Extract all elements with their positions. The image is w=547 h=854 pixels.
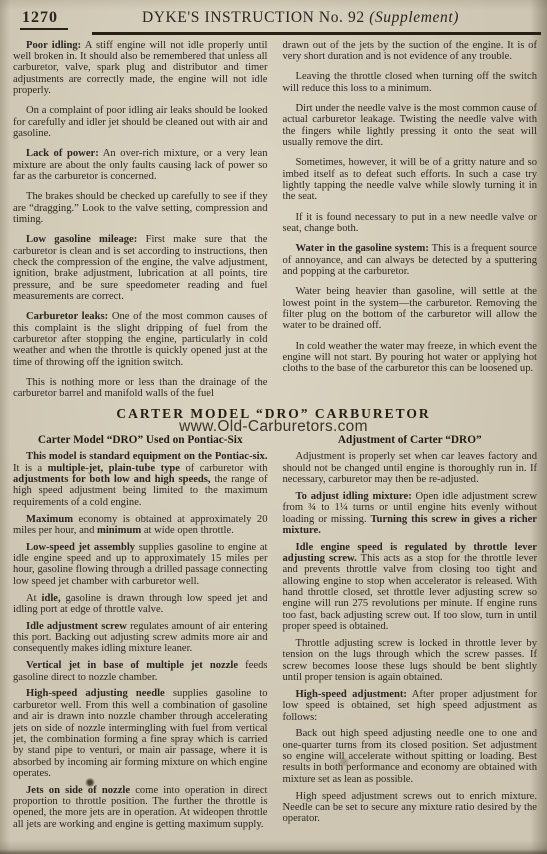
paragraph: Dirt under the needle valve is the most … — [283, 103, 538, 148]
paragraph: To adjust idling mixture: Open idle adju… — [283, 491, 538, 536]
paragraph: High speed adjustment screws out to enri… — [283, 791, 538, 825]
page-header: 1270 DYKE'S INSTRUCTION No. 92 (Suppleme… — [0, 0, 547, 32]
bottom-left-column: Carter Model “DRO” Used on Pontiac-Six T… — [13, 432, 268, 830]
paragraph: Adjustment is properly set when car leav… — [283, 451, 538, 485]
paragraph: On a complaint of poor idling air leaks … — [13, 105, 268, 139]
paragraph: Lack of power: An over-rich mixture, or … — [13, 148, 268, 182]
paragraph: Throttle adjusting screw is locked in th… — [283, 638, 538, 683]
paragraph: Jets on side of nozzle come into operati… — [13, 785, 268, 830]
paragraph: Maximum economy is obtained at approxima… — [13, 514, 268, 537]
paragraph: At idle, gasoline is drawn through low s… — [13, 593, 268, 616]
paragraph: Vertical jet in base of multiple jet noz… — [13, 660, 268, 683]
paragraph: In cold weather the water may freeze, in… — [283, 341, 538, 375]
paragraph: Water being heavier than gasoline, will … — [283, 286, 538, 331]
paragraph: The brakes should be checked up carefull… — [13, 191, 268, 225]
top-columns: Poor idling: A stiff engine will not idl… — [0, 35, 547, 400]
top-left-column: Poor idling: A stiff engine will not idl… — [13, 35, 268, 400]
bottom-right-column: Adjustment of Carter “DRO” Adjustment is… — [283, 432, 538, 830]
page-number: 1270 — [20, 9, 68, 30]
paragraph: High-speed adjusting needle supplies gas… — [13, 688, 268, 779]
watermark-text: www.Old-Carburetors.com — [0, 418, 547, 436]
paragraph: Water in the gasoline system: This is a … — [283, 243, 538, 277]
page-title-text: DYKE'S INSTRUCTION No. 92 — [142, 9, 365, 26]
paragraph: Low-speed jet assembly supplies gasoline… — [13, 542, 268, 587]
paragraph: High-speed adjustment: After proper adju… — [283, 689, 538, 723]
page-title: DYKE'S INSTRUCTION No. 92 (Supplement) — [68, 9, 533, 27]
paragraph: Carburetor leaks: One of the most common… — [13, 311, 268, 368]
paragraph: Idle engine speed is regulated by thrott… — [283, 542, 538, 633]
paragraph: Poor idling: A stiff engine will not idl… — [13, 40, 268, 97]
paragraph: Low gasoline mileage: First make sure th… — [13, 234, 268, 302]
paragraph: Leaving the throttle closed when turning… — [283, 71, 538, 94]
page-edge-shadow — [0, 849, 547, 854]
top-right-column: drawn out of the jets by the suction of … — [283, 35, 538, 400]
paragraph: Idle adjustment screw regulates amount o… — [13, 621, 268, 655]
paragraph: If it is found necessary to put in a new… — [283, 212, 538, 235]
page-title-suffix: (Supplement) — [369, 9, 459, 26]
paragraph: Back out high speed adjusting needle one… — [283, 728, 538, 785]
paragraph: This model is standard equipment on the … — [13, 451, 268, 508]
paragraph: This is nothing more or less than the dr… — [13, 377, 268, 400]
paragraph: Sometimes, however, it will be of a grit… — [283, 157, 538, 202]
paragraph: drawn out of the jets by the suction of … — [283, 40, 538, 63]
bottom-columns: Carter Model “DRO” Used on Pontiac-Six T… — [0, 432, 547, 830]
scanned-document-page: 1270 DYKE'S INSTRUCTION No. 92 (Suppleme… — [0, 0, 547, 854]
